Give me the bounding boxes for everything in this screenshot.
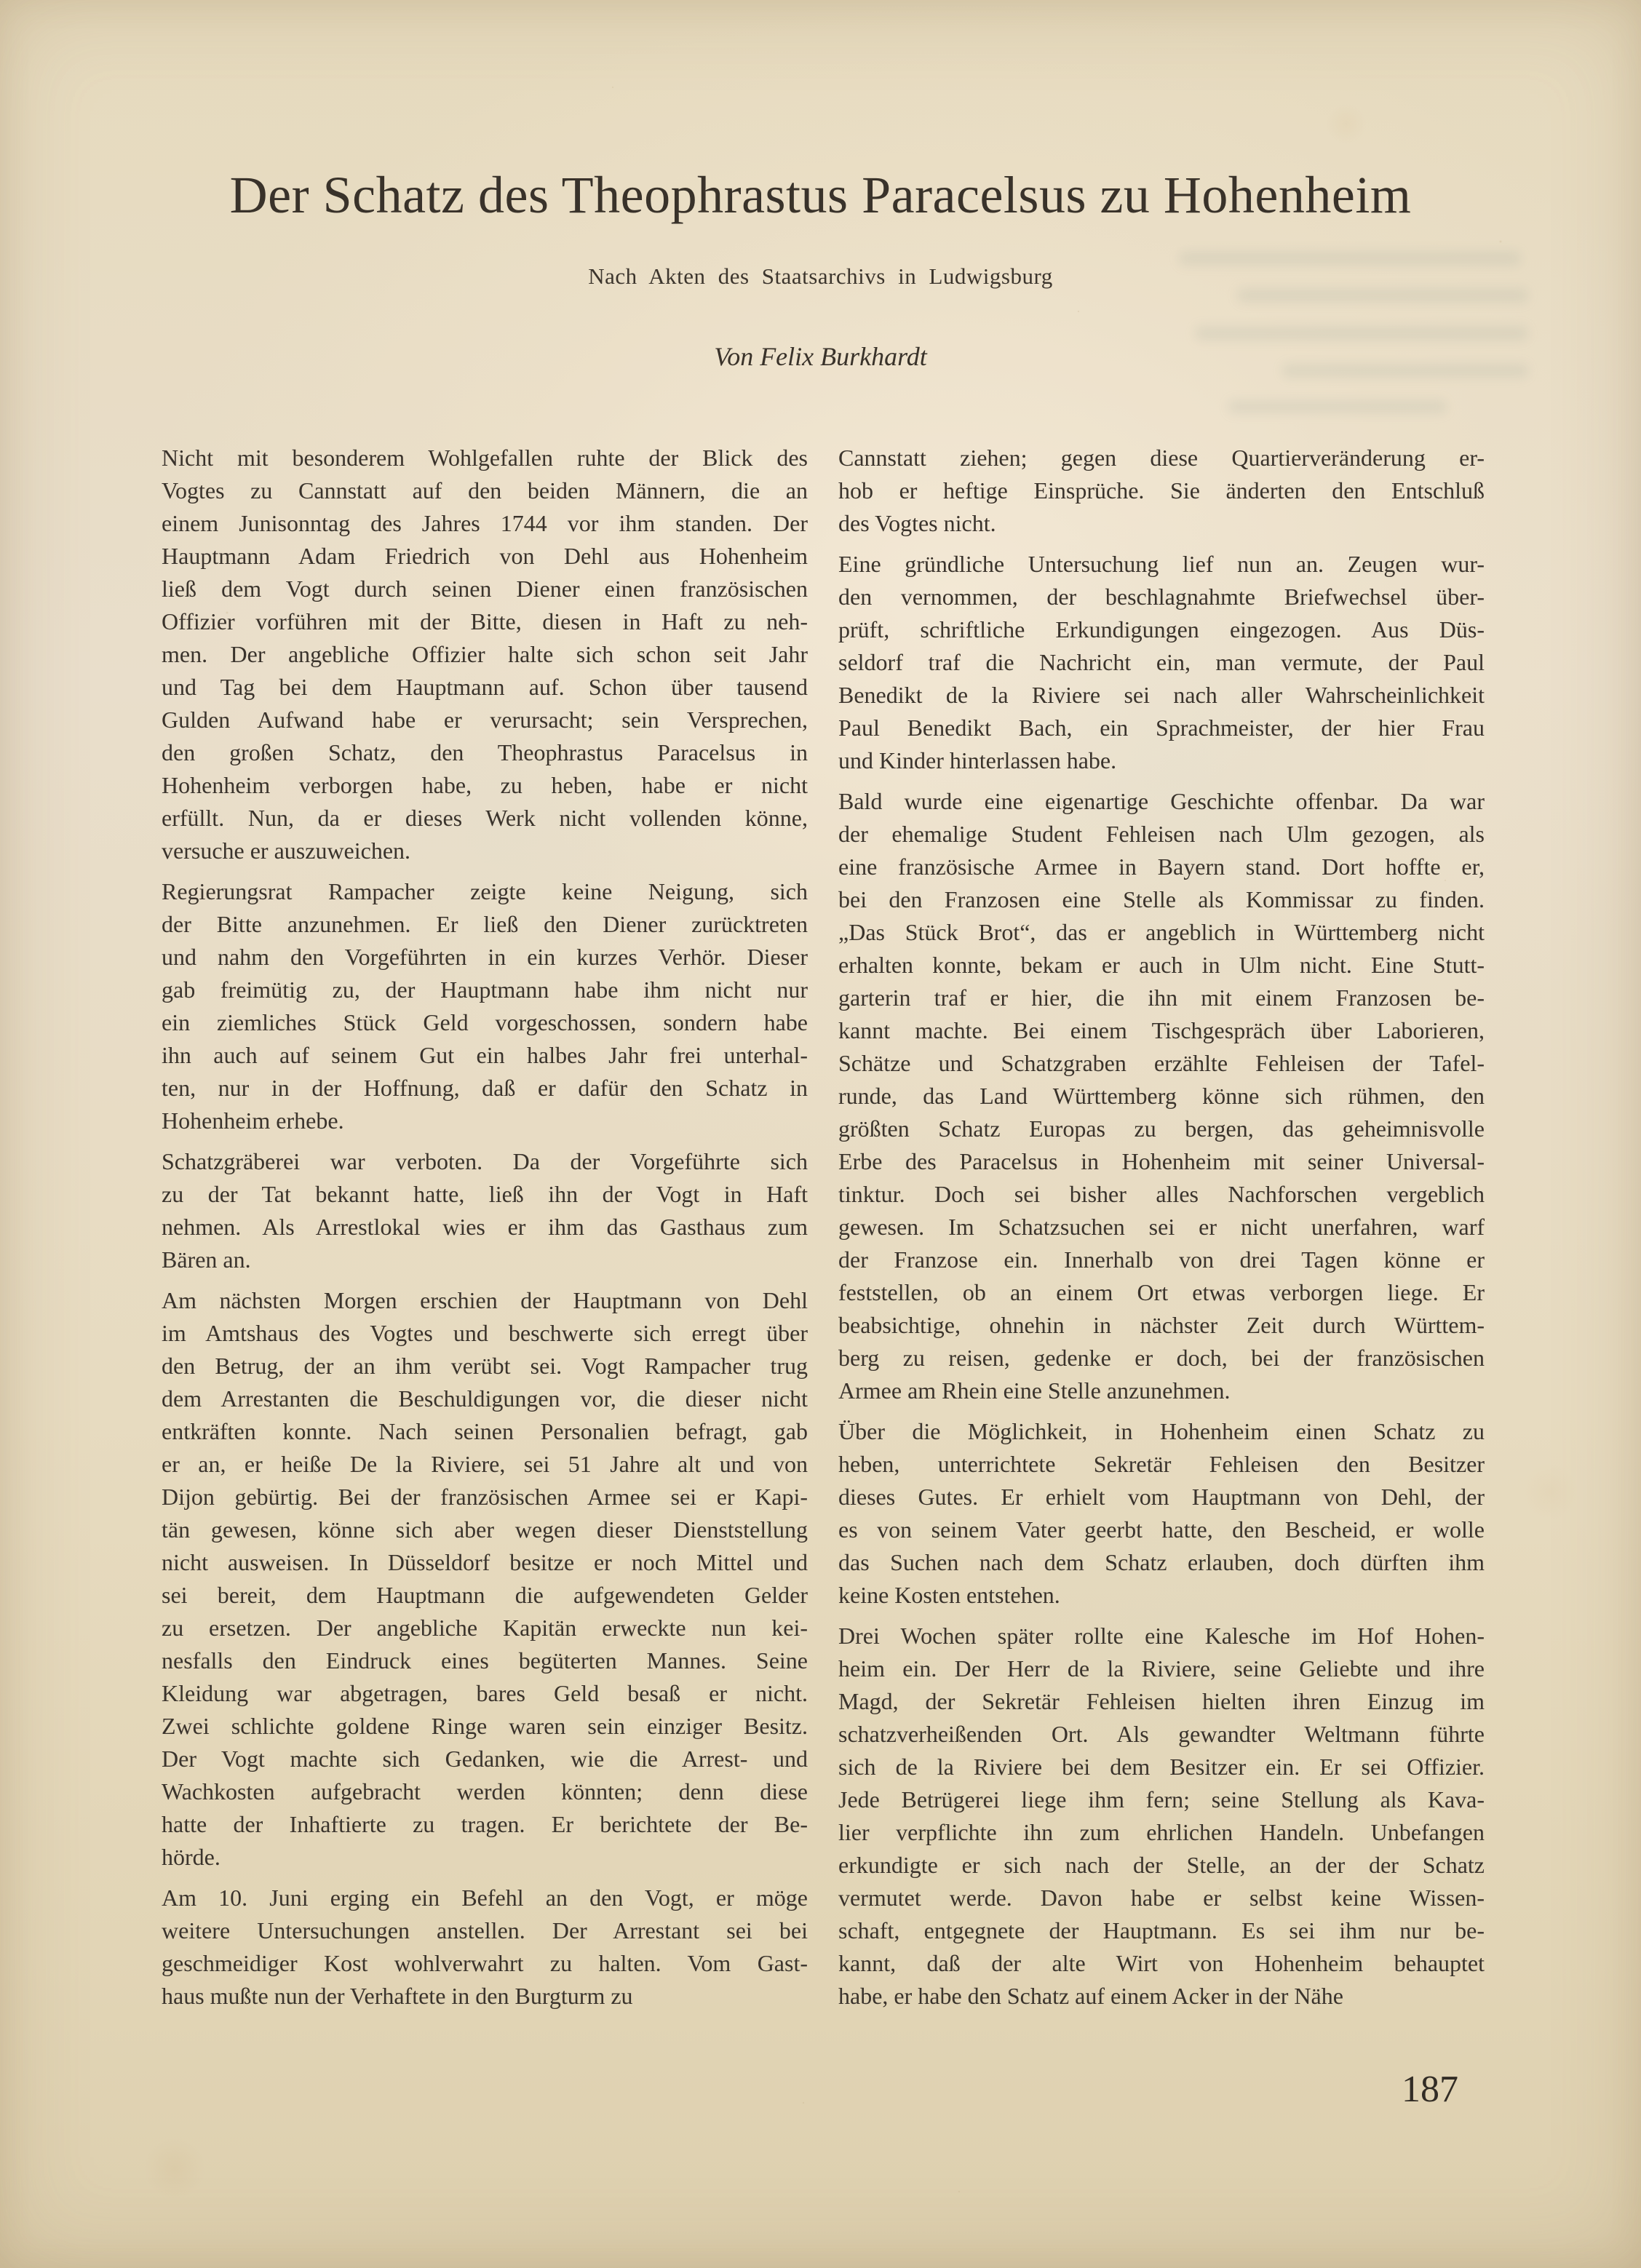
text-line: Jede Betrügerei liege ihm fern; seine St…	[838, 1783, 1485, 1816]
text-line: kannt, daß der alte Wirt von Hohenheim b…	[838, 1947, 1485, 1980]
text-line: Paul Benedikt Bach, ein Sprachmeister, d…	[838, 712, 1485, 744]
text-line: runde, das Land Württemberg könne sich r…	[838, 1080, 1485, 1113]
text-line: Armee am Rhein eine Stelle anzunehmen.	[838, 1374, 1485, 1407]
text-line: erkundigte er sich nach der Stelle, an d…	[838, 1849, 1485, 1882]
show-through-line	[1195, 326, 1528, 341]
scanned-page: Der Schatz des Theophrastus Paracelsus z…	[0, 0, 1641, 2268]
text-line: kannt machte. Bei einem Tischgespräch üb…	[838, 1014, 1485, 1047]
text-line: Benedikt de la Riviere sei nach aller Wa…	[838, 679, 1485, 712]
text-line: größten Schatz Europas zu bergen, das ge…	[838, 1113, 1485, 1145]
paragraph: Cannstatt ziehen; gegen diese Quartierve…	[838, 442, 1485, 540]
text-line: und nahm den Vorgeführten in ein kurzes …	[162, 941, 808, 974]
text-line: den großen Schatz, den Theophrastus Para…	[162, 736, 808, 769]
text-line: es von seinem Vater geerbt hatte, den Be…	[838, 1513, 1485, 1546]
text-line: prüft, schriftliche Erkundigungen eingez…	[838, 613, 1485, 646]
text-line: eine französische Armee in Bayern stand.…	[838, 851, 1485, 883]
text-line: erhalten konnte, bekam er auch in Ulm ni…	[838, 949, 1485, 982]
text-line: Offizier vorführen mit der Bitte, diesen…	[162, 605, 808, 638]
text-line: tinktur. Doch sei bisher alles Nachforsc…	[838, 1178, 1485, 1211]
text-line: das Suchen nach dem Schatz erlauben, doc…	[838, 1546, 1485, 1579]
text-line: hatte der Inhaftierte zu tragen. Er beri…	[162, 1808, 808, 1841]
text-line: Bären an.	[162, 1244, 808, 1276]
text-line: garterin traf er hier, die ihn mit einem…	[838, 982, 1485, 1014]
text-line: schaft, entgegnete der Hauptmann. Es sei…	[838, 1914, 1485, 1947]
text-line: Erbe des Paracelsus in Hohenheim mit sei…	[838, 1145, 1485, 1178]
text-line: und Kinder hinterlassen habe.	[838, 744, 1485, 777]
text-line: nehmen. Als Arrestlokal wies er ihm das …	[162, 1211, 808, 1244]
paragraph: Schatzgräberei war verboten. Da der Vorg…	[162, 1145, 808, 1276]
text-line: lier verpflichte ihn zum ehrlichen Hande…	[838, 1816, 1485, 1849]
text-line: weitere Untersuchungen anstellen. Der Ar…	[162, 1914, 808, 1947]
article-column-left: Nicht mit besonderem Wohlgefallen ruhte …	[162, 442, 808, 2013]
text-line: Kleidung war abgetragen, bares Geld besa…	[162, 1677, 808, 1710]
text-line: feststellen, ob an einem Ort etwas verbo…	[838, 1276, 1485, 1309]
text-line: der ehemalige Student Fehleisen nach Ulm…	[838, 818, 1485, 851]
text-line: berg zu reisen, gedenke er doch, bei der…	[838, 1342, 1485, 1374]
text-line: Regierungsrat Rampacher zeigte keine Nei…	[162, 875, 808, 908]
text-line: Eine gründliche Untersuchung lief nun an…	[838, 548, 1485, 581]
text-line: sei bereit, dem Hauptmann die aufgewende…	[162, 1579, 808, 1612]
paragraph: Nicht mit besonderem Wohlgefallen ruhte …	[162, 442, 808, 867]
paragraph: Regierungsrat Rampacher zeigte keine Nei…	[162, 875, 808, 1137]
text-line: Schätze und Schatzgraben erzählte Fehlei…	[838, 1047, 1485, 1080]
text-line: geschmeidiger Kost wohlverwahrt zu halte…	[162, 1947, 808, 1980]
text-line: nicht ausweisen. In Düsseldorf besitze e…	[162, 1546, 808, 1579]
text-line: hob er heftige Einsprüche. Sie änderten …	[838, 474, 1485, 507]
text-line: hörde.	[162, 1841, 808, 1874]
text-line: Wachkosten aufgebracht werden könnten; d…	[162, 1775, 808, 1808]
text-line: vermutet werde. Davon habe er selbst kei…	[838, 1882, 1485, 1914]
text-line: Über die Möglichkeit, in Hohenheim einen…	[838, 1415, 1485, 1448]
text-line: Dijon gebürtig. Bei der französischen Ar…	[162, 1481, 808, 1513]
text-line: der Franzose ein. Innerhalb von drei Tag…	[838, 1244, 1485, 1276]
text-line: und Tag bei dem Hauptmann auf. Schon übe…	[162, 671, 808, 704]
article-byline: Von Felix Burkhardt	[0, 343, 1641, 370]
text-line: heben, unterrichtete Sekretär Fehleisen …	[838, 1448, 1485, 1481]
text-line: versuche er auszuweichen.	[162, 835, 808, 867]
text-line: Magd, der Sekretär Fehleisen hielten ihr…	[838, 1685, 1485, 1718]
article-title: Der Schatz des Theophrastus Paracelsus z…	[0, 169, 1641, 221]
text-line: nesfalls den Eindruck eines begüterten M…	[162, 1644, 808, 1677]
paragraph: Am nächsten Morgen erschien der Hauptman…	[162, 1284, 808, 1874]
paragraph: Eine gründliche Untersuchung lief nun an…	[838, 548, 1485, 777]
text-line: bei den Franzosen eine Stelle als Kommis…	[838, 883, 1485, 916]
show-through-line	[1179, 251, 1521, 266]
show-through-line	[1228, 400, 1447, 413]
text-line: Schatzgräberei war verboten. Da der Vorg…	[162, 1145, 808, 1178]
text-line: Am nächsten Morgen erschien der Hauptman…	[162, 1284, 808, 1317]
text-line: men. Der angebliche Offizier halte sich …	[162, 638, 808, 671]
text-line: erfüllt. Nun, da er dieses Werk nicht vo…	[162, 802, 808, 835]
text-line: beabsichtige, ohnehin in nächster Zeit d…	[838, 1309, 1485, 1342]
text-line: ihn auch auf seinem Gut ein halbes Jahr …	[162, 1039, 808, 1072]
text-line: der Bitte anzunehmen. Er ließ den Diener…	[162, 908, 808, 941]
text-line: heim ein. Der Herr de la Riviere, seine …	[838, 1652, 1485, 1685]
paragraph: Über die Möglichkeit, in Hohenheim einen…	[838, 1415, 1485, 1612]
text-line: Cannstatt ziehen; gegen diese Quartierve…	[838, 442, 1485, 474]
text-line: ein ziemliches Stück Geld vorgeschossen,…	[162, 1006, 808, 1039]
article-body: Nicht mit besonderem Wohlgefallen ruhte …	[162, 442, 1485, 2013]
text-line: Zwei schlichte goldene Ringe waren sein …	[162, 1710, 808, 1743]
article-subtitle: Nach Akten des Staatsarchivs in Ludwigsb…	[0, 265, 1641, 287]
text-line: zu der Tat bekannt hatte, ließ ihn der V…	[162, 1178, 808, 1211]
text-line: im Amtshaus des Vogtes und beschwerte si…	[162, 1317, 808, 1350]
show-through-line	[1237, 288, 1528, 303]
text-line: Drei Wochen später rollte eine Kalesche …	[838, 1620, 1485, 1652]
text-line: schatzverheißenden Ort. Als gewandter We…	[838, 1718, 1485, 1751]
text-line: „Das Stück Brot“, das er angeblich in Wü…	[838, 916, 1485, 949]
text-line: keine Kosten entstehen.	[838, 1579, 1485, 1612]
text-line: Am 10. Juni erging ein Befehl an den Vog…	[162, 1882, 808, 1914]
text-line: Der Vogt machte sich Gedanken, wie die A…	[162, 1743, 808, 1775]
text-line: dem Arrestanten die Beschuldigungen vor,…	[162, 1382, 808, 1415]
text-line: Hohenheim erhebe.	[162, 1105, 808, 1137]
text-line: Hauptmann Adam Friedrich von Dehl aus Ho…	[162, 540, 808, 573]
text-line: Gulden Aufwand habe er verursacht; sein …	[162, 704, 808, 736]
text-line: entkräften konnte. Nach seinen Personali…	[162, 1415, 808, 1448]
text-line: dieses Gutes. Er erhielt vom Hauptmann v…	[838, 1481, 1485, 1513]
text-line: des Vogtes nicht.	[838, 507, 1485, 540]
text-line: ten, nur in der Hoffnung, daß er dafür d…	[162, 1072, 808, 1105]
text-line: seldorf traf die Nachricht ein, man verm…	[838, 646, 1485, 679]
text-line: ließ dem Vogt durch seinen Diener einen …	[162, 573, 808, 605]
text-line: sich de la Riviere bei dem Besitzer ein.…	[838, 1751, 1485, 1783]
text-line: gab freimütig zu, der Hauptmann habe ihm…	[162, 974, 808, 1006]
text-line: Hohenheim verborgen habe, zu heben, habe…	[162, 769, 808, 802]
text-line: Vogtes zu Cannstatt auf den beiden Männe…	[162, 474, 808, 507]
text-line: er an, er heiße De la Riviere, sei 51 Ja…	[162, 1448, 808, 1481]
text-line: den vernommen, der beschlagnahmte Briefw…	[838, 581, 1485, 613]
text-line: zu ersetzen. Der angebliche Kapitän erwe…	[162, 1612, 808, 1644]
page-number: 187	[1402, 2071, 1458, 2109]
paragraph: Drei Wochen später rollte eine Kalesche …	[838, 1620, 1485, 2013]
text-line: gewesen. Im Schatzsuchen sei er nicht un…	[838, 1211, 1485, 1244]
text-line: tän gewesen, könne sich aber wegen diese…	[162, 1513, 808, 1546]
paragraph: Am 10. Juni erging ein Befehl an den Vog…	[162, 1882, 808, 2013]
article-column-right: Cannstatt ziehen; gegen diese Quartierve…	[838, 442, 1485, 2013]
paragraph: Bald wurde eine eigenartige Geschichte o…	[838, 785, 1485, 1407]
text-line: den Betrug, der an ihm verübt sei. Vogt …	[162, 1350, 808, 1382]
text-line: Nicht mit besonderem Wohlgefallen ruhte …	[162, 442, 808, 474]
text-line: haus mußte nun der Verhaftete in den Bur…	[162, 1980, 808, 2013]
text-line: habe, er habe den Schatz auf einem Acker…	[838, 1980, 1485, 2013]
text-line: Bald wurde eine eigenartige Geschichte o…	[838, 785, 1485, 818]
text-line: einem Junisonntag des Jahres 1744 vor ih…	[162, 507, 808, 540]
